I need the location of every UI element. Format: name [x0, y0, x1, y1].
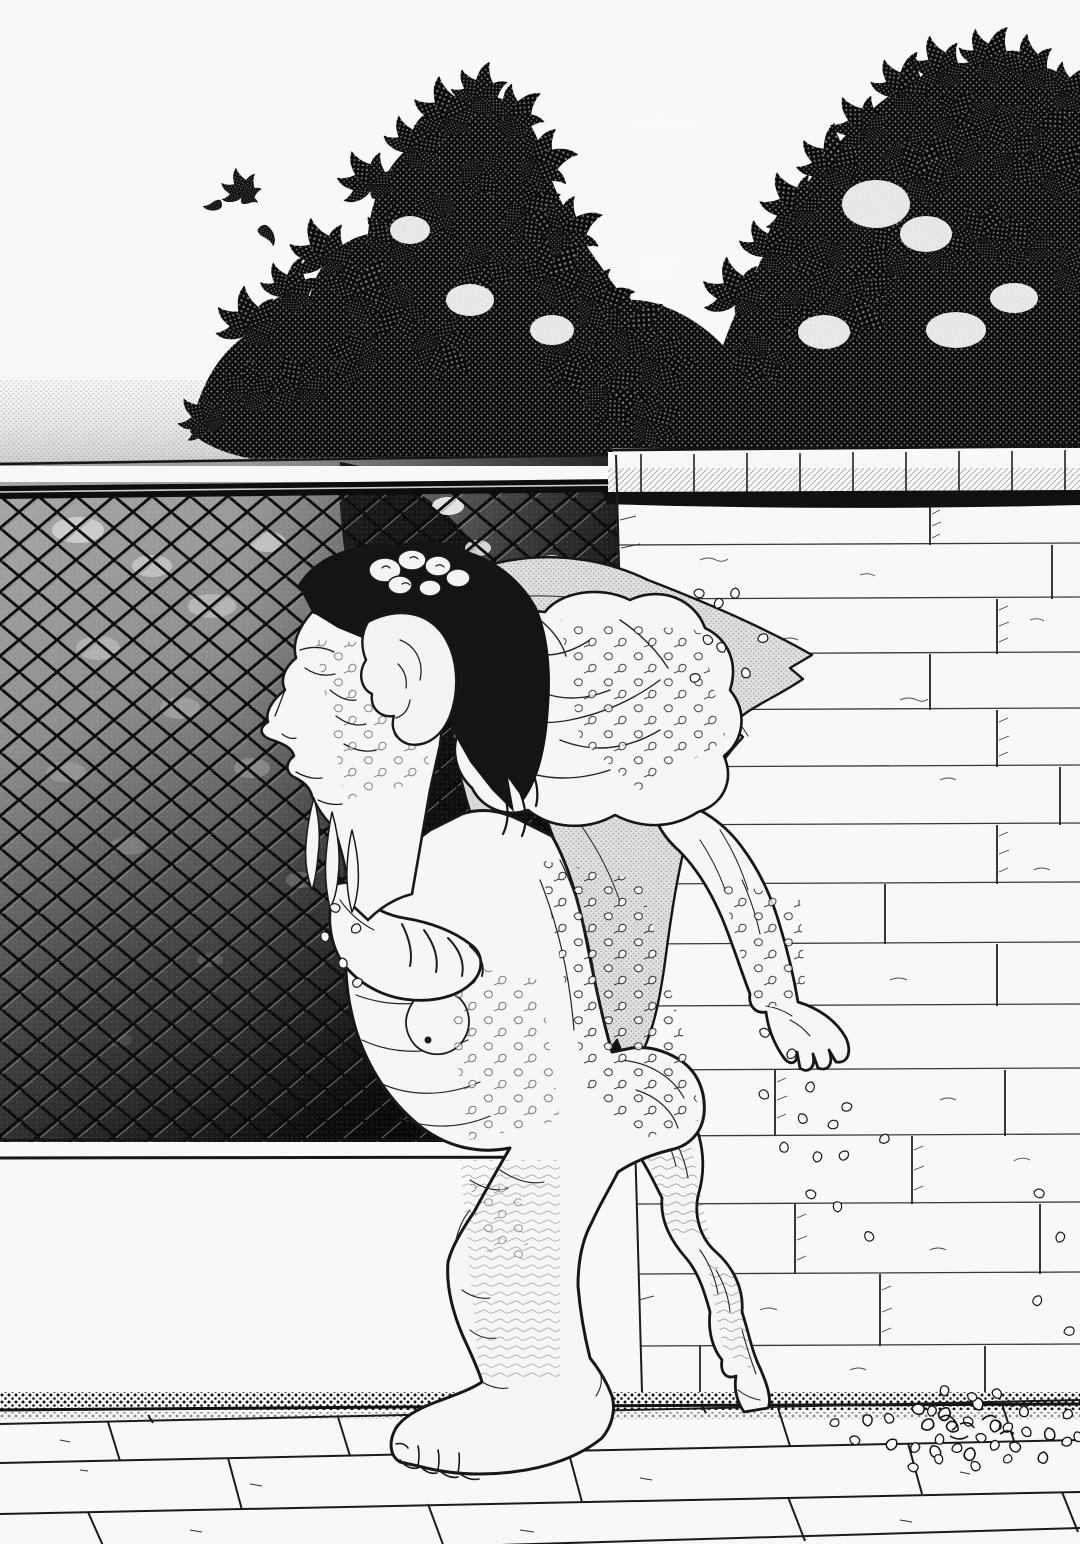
coping-hatch — [608, 468, 1080, 492]
coping-shadow-band — [606, 490, 1080, 508]
rail-white-band — [0, 466, 616, 482]
block-wall — [606, 446, 1080, 1392]
manga-panel: manga-illustration — [0, 0, 1080, 1544]
nipple-dot — [425, 1037, 432, 1044]
illustration-canvas: manga-illustration — [0, 0, 1080, 1544]
